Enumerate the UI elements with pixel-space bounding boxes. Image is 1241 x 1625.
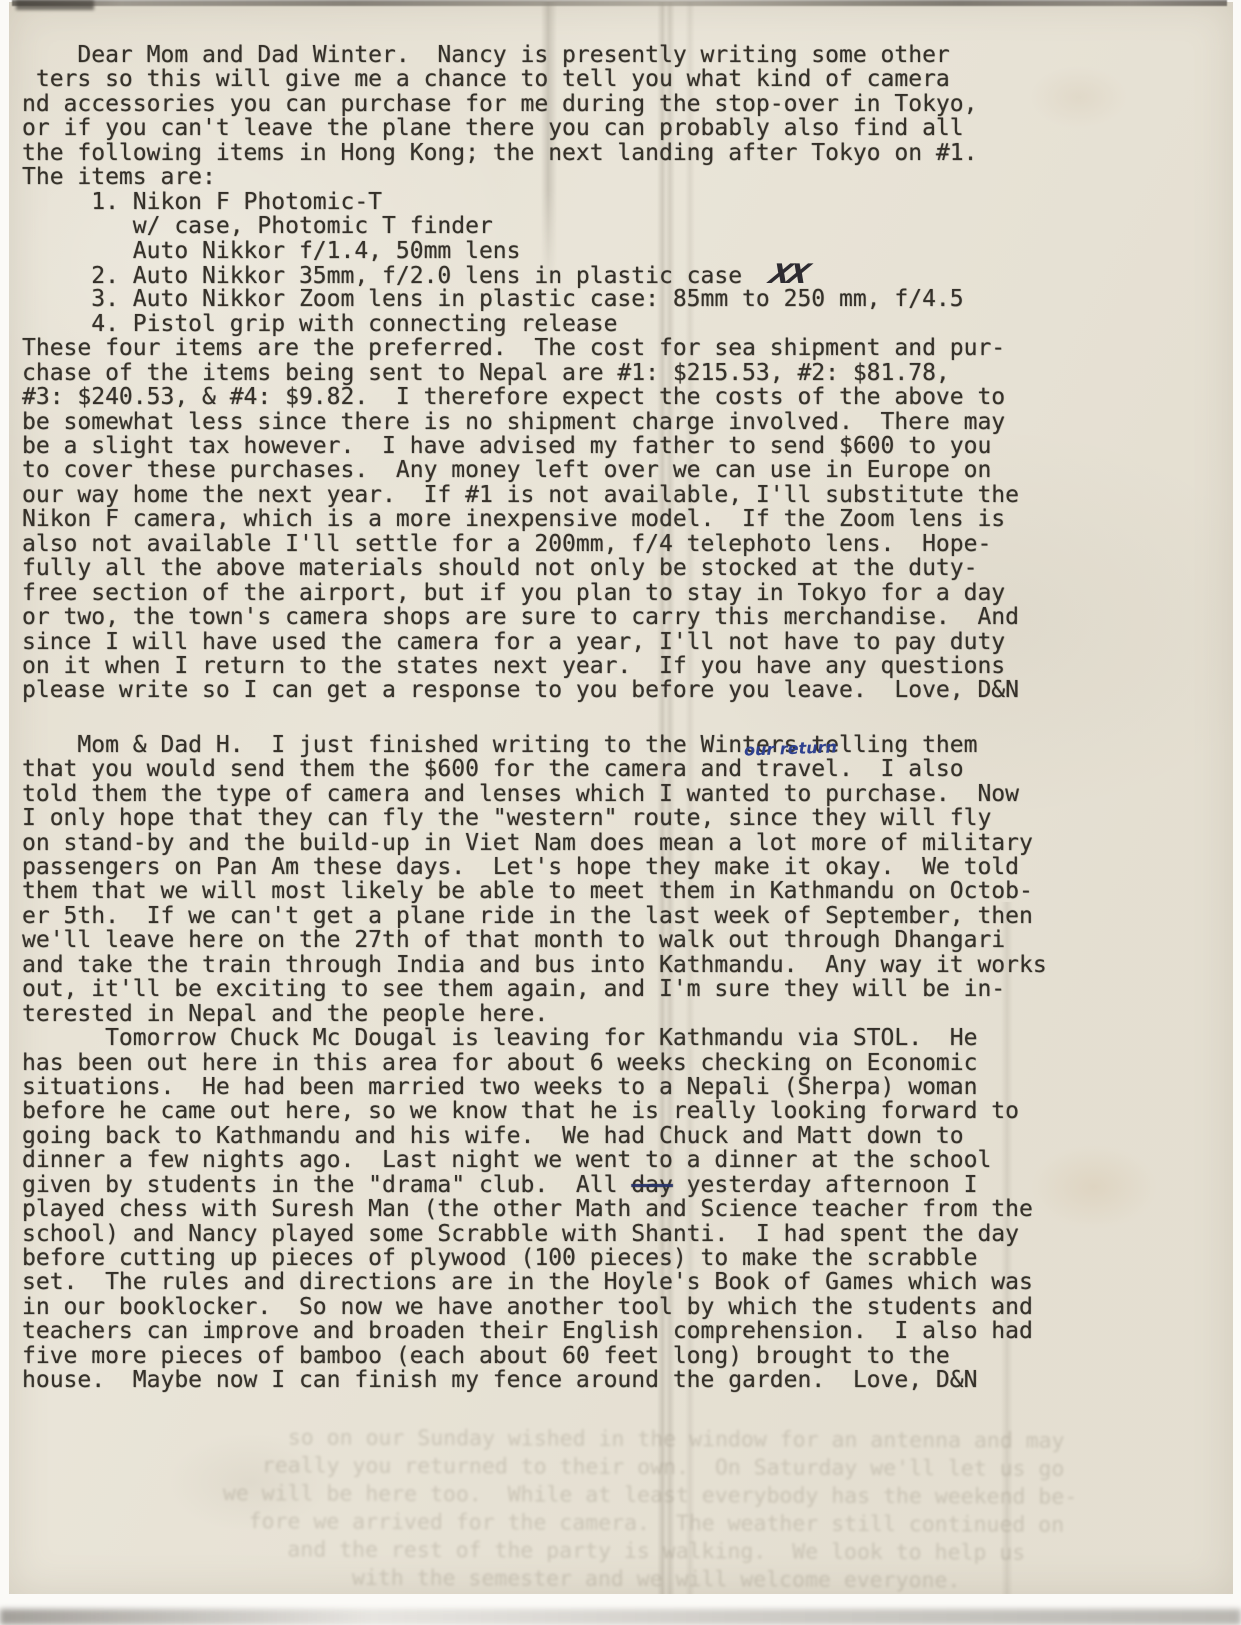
bleed-through-line: with the semester and we will welcome ev…	[184, 1564, 1124, 1596]
letter-line: 2. Auto Nikkor 35mm, f/2.0 lens in plast…	[22, 263, 1047, 287]
typed-text: given by students in the "drama" club. A…	[22, 1172, 631, 1198]
letter-line: #3: $240.53, & #4: $9.82. I therefore ex…	[22, 385, 1047, 409]
struck-out-word: day	[631, 1172, 673, 1198]
letter-line: we'll leave here on the 27th of that mon…	[22, 928, 1047, 952]
letter-line: w/ case, Photomic T finder	[22, 214, 1047, 238]
letter-line: er 5th. If we can't get a plane ride in …	[22, 904, 1047, 928]
scan-top-edge-mark	[16, 0, 94, 10]
letter-line: the following items in Hong Kong; the ne…	[22, 141, 1047, 165]
letter-line: has been out here in this area for about…	[22, 1051, 1047, 1075]
letter-line: be somewhat less since there is no shipm…	[22, 410, 1047, 434]
letter-line: them that we will most likely be able to…	[22, 879, 1047, 903]
letter-line: or if you can't leave the plane there yo…	[22, 116, 1047, 140]
annotated-word: travelour return	[756, 756, 839, 782]
scan-top-edge	[12, 0, 1227, 6]
letter-line: going back to Kathmandu and his wife. We…	[22, 1124, 1047, 1148]
bleed-through-line: so on our Sunday wished in the window fo…	[184, 1424, 1124, 1456]
letter-line: and take the train through India and bus…	[22, 953, 1047, 977]
letter-line: The items are:	[22, 165, 1047, 189]
typed-text: 2. Auto Nikkor 35mm, f/2.0 lens in plast…	[22, 263, 770, 289]
letter-body: Dear Mom and Dad Winter. Nancy is presen…	[22, 43, 1047, 1393]
letter-line: be a slight tax however. I have advised …	[22, 434, 1047, 458]
handwritten-check-marks: XX	[766, 263, 810, 287]
letter-line: our way home the next year. If #1 is not…	[22, 483, 1047, 507]
letter-line: fully all the above materials should not…	[22, 556, 1047, 580]
letter-line: told them the type of camera and lenses …	[22, 782, 1047, 806]
letter-line: Mom & Dad H. I just finished writing to …	[22, 733, 1047, 757]
letter-line: These four items are the preferred. The …	[22, 336, 1047, 360]
letter-line: Nikon F camera, which is a more inexpens…	[22, 507, 1047, 531]
bleed-through-line: fore we arrived for the camera. The weat…	[184, 1508, 1124, 1540]
letter-line: nd accessories you can purchase for me d…	[22, 92, 1047, 116]
letter-line: please write so I can get a response to …	[22, 678, 1047, 702]
bleed-through-line: really you returned to their own. On Sat…	[184, 1452, 1124, 1484]
letter-line: on it when I return to the states next y…	[22, 654, 1047, 678]
letter-line: house. Maybe now I can finish my fence a…	[22, 1368, 1047, 1392]
letter-line: ters so this will give me a chance to te…	[22, 67, 1047, 91]
letter-line: set. The rules and directions are in the…	[22, 1270, 1047, 1294]
letter-line: passengers on Pan Am these days. Let's h…	[22, 855, 1047, 879]
letter-line: before he came out here, so we know that…	[22, 1099, 1047, 1123]
paragraph-gap	[22, 703, 1047, 733]
bleed-through-text: so on our Sunday wished in the window fo…	[184, 1424, 1125, 1596]
letter-line: five more pieces of bamboo (each about 6…	[22, 1344, 1047, 1368]
scanned-letter-image: so on our Sunday wished in the window fo…	[0, 0, 1241, 1625]
letter-line: played chess with Suresh Man (the other …	[22, 1197, 1047, 1221]
scan-bottom-edge	[0, 1609, 1241, 1625]
letter-line: terested in Nepal and the people here.	[22, 1002, 1047, 1026]
letter-line: on stand-by and the build-up in Viet Nam…	[22, 831, 1047, 855]
letter-line: that you would send them the $600 for th…	[22, 757, 1047, 781]
letter-line: Auto Nikkor f/1.4, 50mm lens	[22, 239, 1047, 263]
letter-line: 4. Pistol grip with connecting release	[22, 312, 1047, 336]
handwritten-insertion: our return	[744, 740, 837, 759]
letter-line: out, it'll be exciting to see them again…	[22, 977, 1047, 1001]
letter-line: 3. Auto Nikkor Zoom lens in plastic case…	[22, 287, 1047, 311]
letter-line: in our booklocker. So now we have anothe…	[22, 1295, 1047, 1319]
typed-text: yesterday afternoon I	[673, 1172, 978, 1198]
letter-line: Dear Mom and Dad Winter. Nancy is presen…	[22, 43, 1047, 67]
letter-line: or two, the town's camera shops are sure…	[22, 605, 1047, 629]
bleed-through-line: and the rest of the party is walking. We…	[184, 1536, 1124, 1568]
letter-line: given by students in the "drama" club. A…	[22, 1173, 1047, 1197]
letter-line: teachers can improve and broaden their E…	[22, 1319, 1047, 1343]
letter-line: free section of the airport, but if you …	[22, 581, 1047, 605]
letter-line: to cover these purchases. Any money left…	[22, 458, 1047, 482]
letter-line: situations. He had been married two week…	[22, 1075, 1047, 1099]
bleed-through-line: we will be here too. While at least ever…	[184, 1480, 1124, 1512]
letter-line: since I will have used the camera for a …	[22, 630, 1047, 654]
letter-line: chase of the items being sent to Nepal a…	[22, 361, 1047, 385]
letter-line: I only hope that they can fly the "weste…	[22, 806, 1047, 830]
letter-line: Tomorrow Chuck Mc Dougal is leaving for …	[22, 1026, 1047, 1050]
letter-line: dinner a few nights ago. Last night we w…	[22, 1148, 1047, 1172]
letter-line: school) and Nancy played some Scrabble w…	[22, 1222, 1047, 1246]
typed-text: . I also	[839, 756, 964, 782]
letter-line: 1. Nikon F Photomic-T	[22, 190, 1047, 214]
letter-line: also not available I'll settle for a 200…	[22, 532, 1047, 556]
typed-text: that you would send them the $600 for th…	[22, 756, 756, 782]
letter-line: before cutting up pieces of plywood (100…	[22, 1246, 1047, 1270]
